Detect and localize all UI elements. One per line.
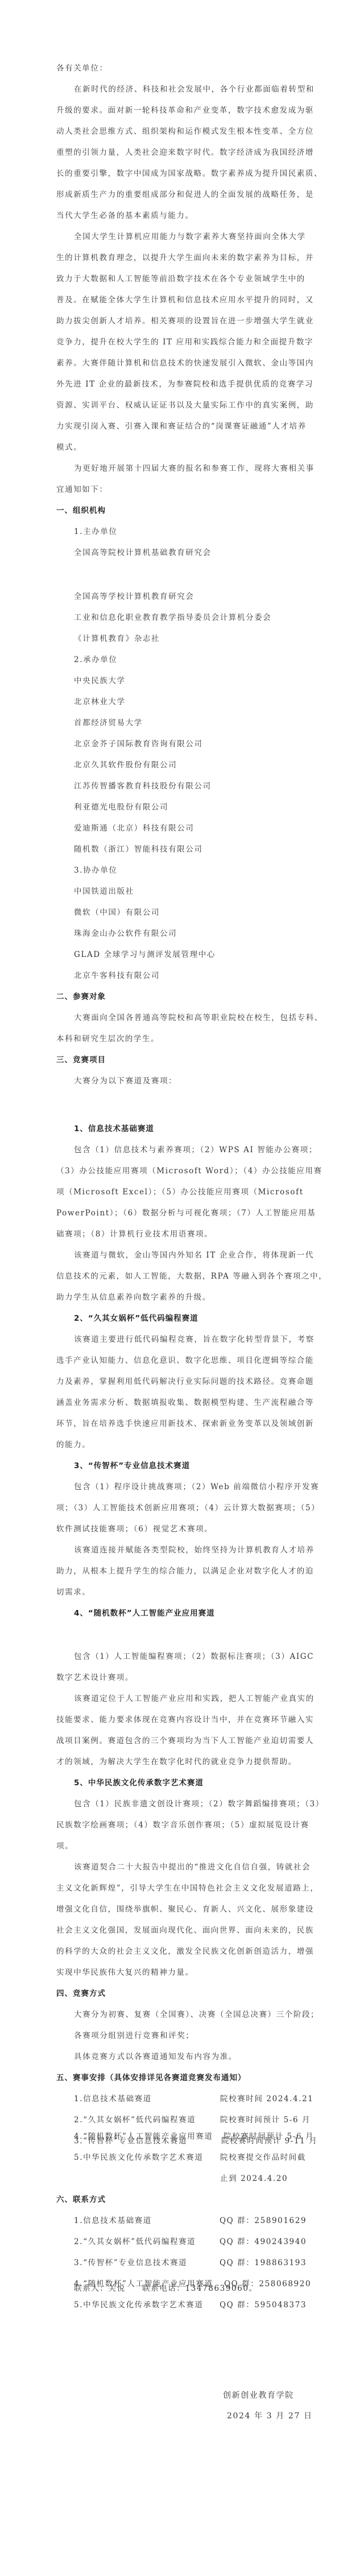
- section-title-contact: 六、联系方式: [56, 2194, 312, 2205]
- contact-area: 4.“随机数杯”人工智能产业应用赛道 院校赛时间预计 5-6 月 5.中华民族文…: [0, 0, 364, 2576]
- schedule-time: 院校赛时间预计 5-6 月: [224, 2131, 314, 2142]
- signature-org: 创新创业教育学院: [223, 2390, 294, 2401]
- contact-phone: 联系电话：13478639060。: [142, 2283, 258, 2294]
- contact-qq: QQ 群：198863193: [220, 2257, 307, 2269]
- schedule-time: 院校赛提交作品时间截: [220, 2152, 306, 2163]
- contact-person: 联系人：关悦: [74, 2284, 126, 2293]
- schedule-time-cont: 止到 2024.4.20: [220, 2173, 288, 2184]
- contact-qq: QQ 群：258901629: [220, 2215, 307, 2226]
- contact-qq: QQ 群：490243940: [220, 2236, 307, 2248]
- contact-qq: QQ 群：595048373: [220, 2299, 307, 2311]
- signature-date: 2024 年 3 月 27 日: [227, 2410, 313, 2422]
